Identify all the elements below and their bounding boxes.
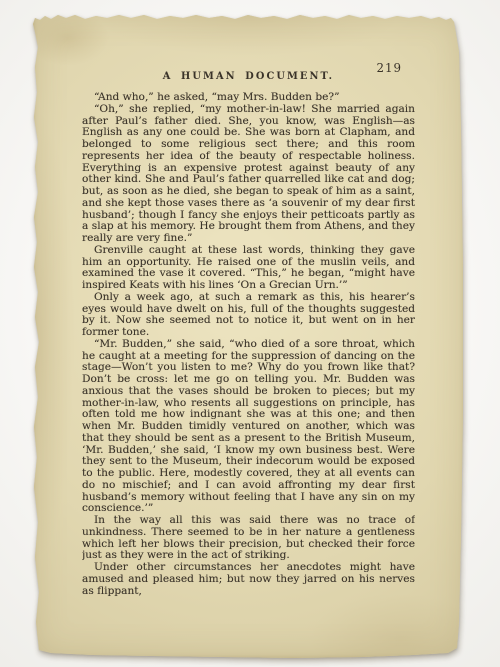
paragraph: Grenville caught at these last words, th… — [82, 245, 415, 292]
paragraph: “Mr. Budden,” she said, “who died of a s… — [82, 339, 415, 515]
paragraph: In the way all this was said there was n… — [82, 515, 415, 562]
page-body-text: “And who,” he asked, “may Mrs. Budden be… — [82, 92, 415, 602]
page-header: A HUMAN DOCUMENT. 219 — [82, 64, 415, 83]
paragraph: “And who,” he asked, “may Mrs. Budden be… — [82, 92, 415, 104]
paragraph: Only a week ago, at such a remark as thi… — [82, 292, 415, 339]
book-page-wrap: A HUMAN DOCUMENT. 219 “And who,” he aske… — [33, 12, 464, 658]
running-title: A HUMAN DOCUMENT. — [163, 71, 334, 82]
page-number: 219 — [376, 61, 402, 75]
paragraph: “Oh,” she replied, “my mother-in-law! Sh… — [82, 104, 415, 245]
paragraph: Under other circumstances her anecdotes … — [82, 562, 415, 597]
book-page: A HUMAN DOCUMENT. 219 “And who,” he aske… — [33, 12, 464, 658]
